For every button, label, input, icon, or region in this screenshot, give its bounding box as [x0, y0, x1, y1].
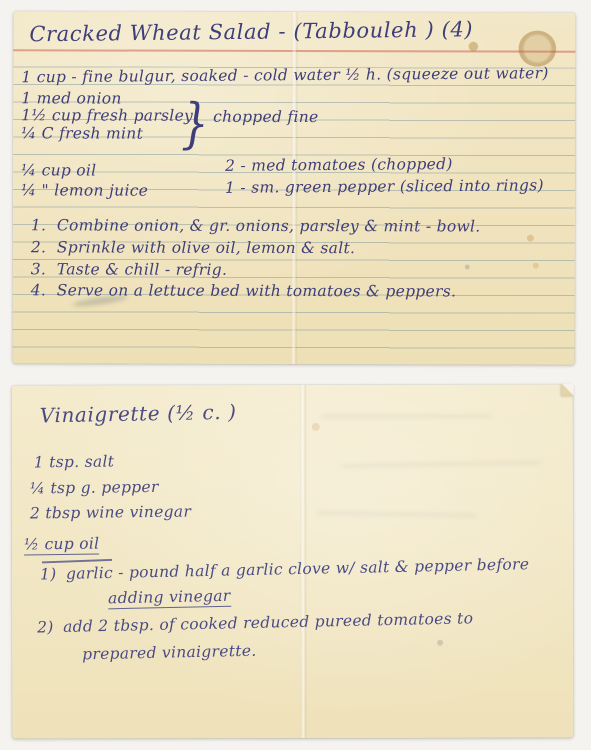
step-text: Serve on a lettuce bed with tomatoes & p…: [57, 281, 457, 300]
recipe-card-vinaigrette: Vinaigrette (½ c. ) 1 tsp. salt ¼ tsp g.…: [12, 385, 574, 739]
small-stain: [533, 263, 539, 269]
step-number: 1.: [31, 216, 57, 234]
coffee-stain: [518, 31, 556, 67]
recipe-title: Vinaigrette (½ c. ): [40, 400, 237, 428]
note-1-continued: adding vinegar: [108, 587, 231, 610]
ingredient-parsley: 1½ cup fresh parsley: [21, 106, 193, 124]
recipe-title: Cracked Wheat Salad - (Tabbouleh ) (4): [29, 17, 473, 46]
scanned-recipe-cards: Cracked Wheat Salad - (Tabbouleh ) (4) 1…: [0, 0, 591, 750]
step-2: 2.Sprinkle with olive oil, lemon & salt.: [31, 238, 355, 257]
ingredient-pepper: ¼ tsp g. pepper: [30, 478, 159, 498]
ink-showthrough: [317, 512, 477, 518]
step-number: 4.: [31, 281, 57, 299]
ingredient-wine-vinegar: 2 tbsp wine vinegar: [30, 502, 191, 522]
ink-showthrough: [342, 461, 542, 468]
step-number: 3.: [31, 260, 57, 278]
step-4: 4.Serve on a lettuce bed with tomatoes &…: [31, 281, 457, 300]
ingredient-lemon-juice: ¼ " lemon juice: [21, 181, 148, 199]
folded-corner: [562, 384, 574, 396]
ingredient-onion: 1 med onion: [21, 89, 121, 107]
small-stain: [312, 423, 320, 431]
step-text: Combine onion, & gr. onions, parsley & m…: [57, 216, 481, 235]
note-2-continued: prepared vinaigrette.: [82, 642, 257, 664]
small-stain: [468, 41, 478, 51]
small-stain: [437, 640, 443, 646]
ingredient-oil: ¼ cup oil: [21, 161, 96, 179]
note-number: 2): [37, 618, 63, 637]
ingredient-oil: ½ cup oil: [24, 535, 100, 556]
ink-showthrough: [322, 415, 492, 418]
note-text: garlic - pound half a garlic clove w/ sa…: [66, 555, 530, 583]
step-text: Taste & chill - refrig.: [57, 260, 227, 278]
step-number: 2.: [31, 238, 57, 256]
small-stain: [465, 264, 470, 269]
note-text: add 2 tbsp. of cooked reduced pureed tom…: [63, 609, 474, 636]
small-stain: [527, 235, 534, 242]
ingredient-green-pepper: 1 - sm. green pepper (sliced into rings): [225, 176, 544, 197]
note-2: 2)add 2 tbsp. of cooked reduced pureed t…: [37, 609, 474, 636]
ingredient-salt: 1 tsp. salt: [34, 452, 115, 471]
recipe-card-tabbouleh: Cracked Wheat Salad - (Tabbouleh ) (4) 1…: [13, 11, 576, 364]
step-text: Sprinkle with olive oil, lemon & salt.: [57, 238, 355, 257]
note-number: 1): [40, 565, 66, 584]
step-1: 1.Combine onion, & gr. onions, parsley &…: [31, 216, 481, 235]
grouping-brace: }: [181, 92, 209, 155]
brace-note-chopped-fine: chopped fine: [213, 108, 318, 126]
pen-stroke: [42, 559, 112, 564]
note-1: 1)garlic - pound half a garlic clove w/ …: [40, 555, 530, 583]
step-3: 3.Taste & chill - refrig.: [31, 260, 227, 279]
ingredient-mint: ¼ C fresh mint: [21, 124, 143, 142]
ingredient-tomatoes: 2 - med tomatoes (chopped): [225, 155, 453, 175]
